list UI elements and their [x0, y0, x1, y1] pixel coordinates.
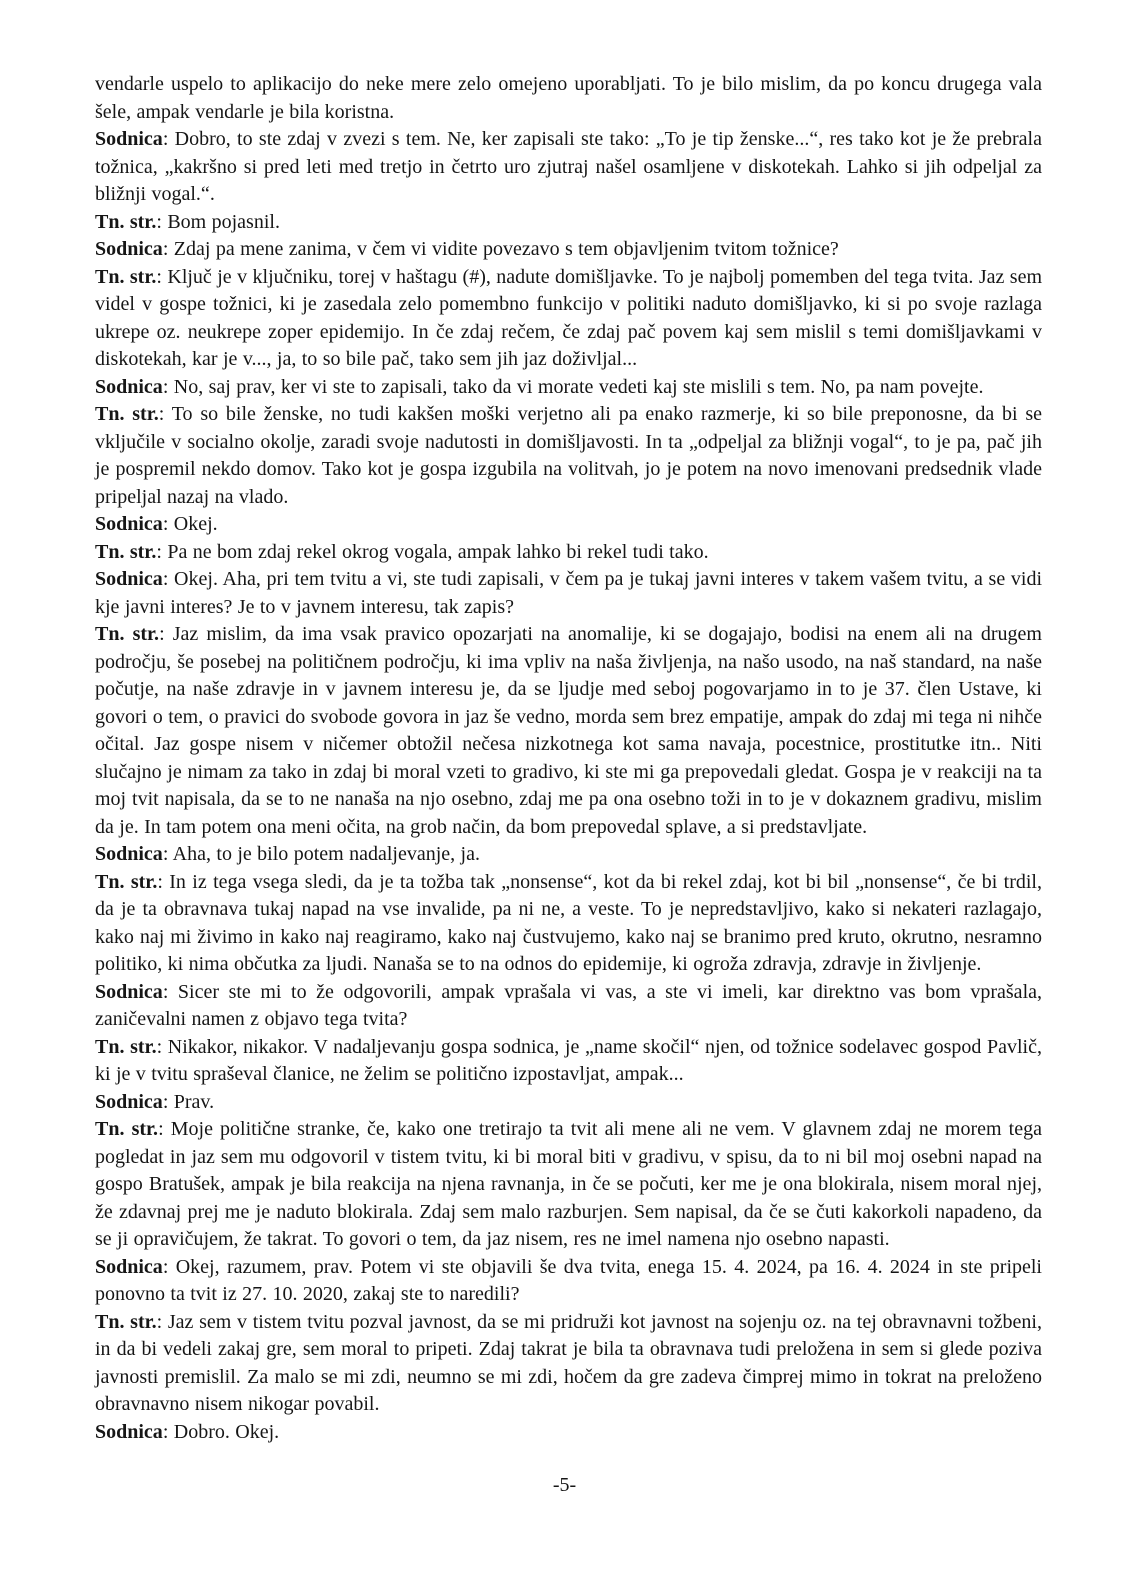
- transcript-body: vendarle uspelo to aplikacijo do neke me…: [95, 71, 1042, 1446]
- transcript-paragraph: Tn. str.: Bom pojasnil.: [95, 209, 1042, 237]
- speaker-label: Sodnica: [95, 981, 163, 1003]
- transcript-paragraph: Tn. str.: Moje politične stranke, če, ka…: [95, 1116, 1042, 1254]
- transcript-paragraph: Sodnica: Prav.: [95, 1089, 1042, 1117]
- transcript-paragraph: Tn. str.: Jaz sem v tistem tvitu pozval …: [95, 1309, 1042, 1419]
- transcript-paragraph: Tn. str.: Jaz mislim, da ima vsak pravic…: [95, 621, 1042, 841]
- speaker-label: Tn. str.: [95, 1036, 157, 1058]
- speaker-label: Tn. str.: [95, 871, 157, 893]
- transcript-paragraph: Sodnica: Dobro. Okej.: [95, 1419, 1042, 1447]
- speaker-label: Tn. str.: [95, 623, 159, 645]
- speaker-label: Sodnica: [95, 513, 163, 535]
- transcript-paragraph: Tn. str.: Nikakor, nikakor. V nadaljevan…: [95, 1034, 1042, 1089]
- transcript-paragraph: Sodnica: Okej.: [95, 511, 1042, 539]
- document-page: vendarle uspelo to aplikacijo do neke me…: [0, 0, 1129, 1594]
- speaker-label: Sodnica: [95, 568, 163, 590]
- page-number: -5-: [0, 1472, 1129, 1499]
- transcript-paragraph: Sodnica: Dobro, to ste zdaj v zvezi s te…: [95, 126, 1042, 209]
- speaker-label: Sodnica: [95, 128, 163, 150]
- speaker-label: Sodnica: [95, 1256, 163, 1278]
- speaker-label: Sodnica: [95, 843, 163, 865]
- speaker-label: Sodnica: [95, 376, 163, 398]
- transcript-paragraph: Sodnica: Okej, razumem, prav. Potem vi s…: [95, 1254, 1042, 1309]
- transcript-paragraph: Sodnica: Okej. Aha, pri tem tvitu a vi, …: [95, 566, 1042, 621]
- transcript-paragraph: vendarle uspelo to aplikacijo do neke me…: [95, 71, 1042, 126]
- transcript-paragraph: Sodnica: No, saj prav, ker vi ste to zap…: [95, 374, 1042, 402]
- speaker-label: Sodnica: [95, 1091, 163, 1113]
- speaker-label: Tn. str.: [95, 211, 156, 233]
- speaker-label: Sodnica: [95, 1421, 163, 1443]
- transcript-paragraph: Sodnica: Sicer ste mi to že odgovorili, …: [95, 979, 1042, 1034]
- speaker-label: Tn. str.: [95, 266, 156, 288]
- speaker-label: Tn. str.: [95, 541, 156, 563]
- speaker-label: Tn. str.: [95, 1311, 157, 1333]
- transcript-paragraph: Sodnica: Aha, to je bilo potem nadaljeva…: [95, 841, 1042, 869]
- speaker-label: Tn. str.: [95, 1118, 158, 1140]
- transcript-paragraph: Sodnica: Zdaj pa mene zanima, v čem vi v…: [95, 236, 1042, 264]
- transcript-paragraph: Tn. str.: Pa ne bom zdaj rekel okrog vog…: [95, 539, 1042, 567]
- transcript-paragraph: Tn. str.: In iz tega vsega sledi, da je …: [95, 869, 1042, 979]
- speaker-label: Sodnica: [95, 238, 163, 260]
- speaker-label: Tn. str.: [95, 403, 159, 425]
- transcript-paragraph: Tn. str.: Ključ je v ključniku, torej v …: [95, 264, 1042, 374]
- transcript-paragraph: Tn. str.: To so bile ženske, no tudi kak…: [95, 401, 1042, 511]
